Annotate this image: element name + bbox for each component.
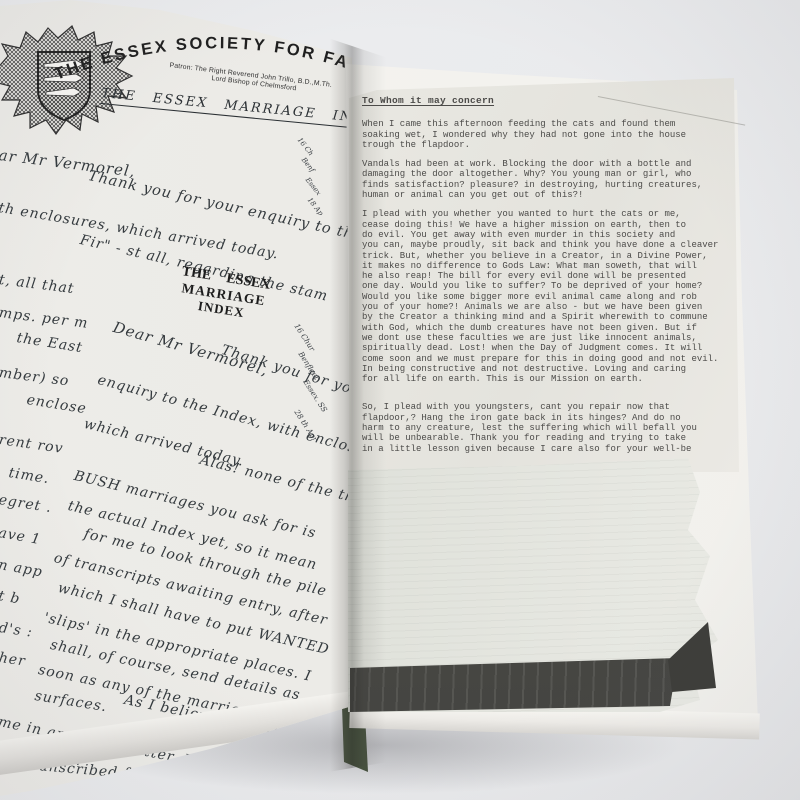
photo-vignette [0, 0, 800, 800]
photo-of-open-scrapbook: THE ESSEX SOCIETY FOR FAMILY HI Patron: … [0, 0, 800, 800]
